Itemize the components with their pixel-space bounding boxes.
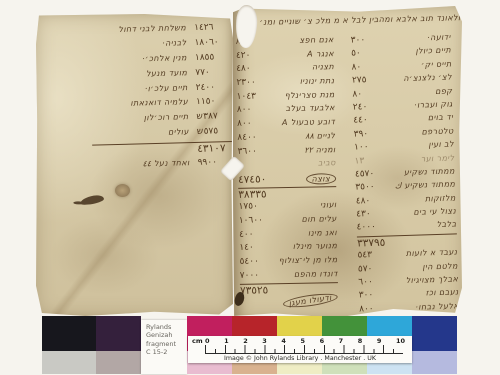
entry-number: ٤٠٠٠: [356, 222, 376, 233]
entry-word: לניים ٨٨: [305, 131, 335, 141]
entry-number: ٣٨٧ש: [196, 111, 233, 122]
entry-word: קפם: [435, 86, 452, 96]
entry-number: ٥٠: [351, 49, 361, 59]
entry-word: עלים תום: [302, 214, 337, 224]
entry-word: עלמיה דואנאתו: [130, 98, 188, 109]
entry-word: יד בוים: [428, 113, 454, 123]
entry-number: ٤٧٤٥٠: [238, 173, 266, 185]
ruler-card: cm 012345678910 Image © John Rylands Lib…: [188, 336, 412, 363]
entry-number: ٢٤٠: [353, 102, 368, 112]
entry-word: דובע טבעול A: [282, 117, 335, 127]
entry-word: מועד מנעל: [146, 68, 188, 78]
entry-number: ٨٠: [352, 89, 362, 99]
ruler-number: 0: [205, 337, 210, 345]
entry-word: לצ׳ נלצנצ׳ה: [403, 73, 452, 84]
manuscript-left-leaf: משלחת לבני דחול ١٤٢٦ לבניה· ١٨٠٦٠ מנין א…: [36, 14, 233, 316]
entry-number: ١١٥٠: [196, 96, 233, 107]
entry-word: דונדו מהפם: [294, 269, 338, 279]
header-line: פُ ולאונד תוב אלבא ומהבין לבל א מ מלכ צ׳…: [249, 13, 458, 27]
entry-word: מלו מן לי־צולוף: [279, 255, 338, 265]
ruler-number: 9: [377, 337, 382, 345]
ruler-numbers-row: cm 012345678910: [188, 337, 412, 345]
entry-number: ٨٠٠: [359, 304, 374, 314]
entry-word: גוק ועברו·: [414, 99, 453, 109]
entry-number: ٣٥٠٠: [355, 182, 375, 193]
entry-number: ١٤٢٦: [194, 22, 231, 33]
entry-word: אנגר A: [307, 49, 334, 58]
entry-word: עולים: [168, 127, 189, 137]
entry-word: ואחד נעל ٤٤: [142, 158, 189, 168]
entry-word: לב ועין: [428, 140, 454, 150]
entry-number: ٣٠٠: [359, 290, 374, 300]
entry-word: תיים כיולן: [415, 46, 451, 56]
entry-number: ٥٤٣: [357, 250, 372, 260]
entry-word: בלבל: [436, 220, 456, 230]
ruler-number: 7: [339, 337, 344, 345]
entry-number: ٤٣٠: [356, 209, 371, 219]
entry-word: נעבד א לועות: [406, 248, 458, 259]
entry-number: ١٠٠: [354, 142, 369, 152]
entry-number: ٣٠٠: [351, 35, 366, 45]
entry-word: נתת ינוניו: [300, 76, 335, 86]
entry-word: ואנ מינו: [308, 228, 337, 238]
entry-number: ٧٧٠: [195, 67, 232, 78]
entry-number: ٥٧٥ש: [197, 126, 234, 137]
entry-number: ٤٥٧٠: [355, 169, 375, 180]
entry-number: ٣٣٧٩٥: [357, 237, 386, 250]
ink-blot: [79, 194, 104, 206]
color-patch: [96, 316, 141, 374]
entry-word: אבלך מצויגיול: [406, 274, 459, 285]
ruler-ticks: [205, 345, 403, 354]
entry-number: ٤٣١٠٧: [197, 142, 234, 155]
calibration-patches-left: [42, 316, 141, 374]
entry-word: אלבעד בעלב: [286, 104, 335, 114]
entry-number: ١٠٤٣: [237, 91, 257, 101]
color-patch: [412, 316, 457, 374]
copyright-credit: Image © John Rylands Library . Mancheste…: [188, 355, 412, 362]
ruler-number: 8: [358, 337, 363, 345]
header-text: ולאונד תוב אלבא ומהבין לבל א מ מלכ צ׳ שו…: [259, 13, 460, 27]
entry-number: ١٧٥٠: [238, 202, 258, 212]
right-page-outer-column: ٣٠٠ ידועה· ٥٠ תיים כיולן ٨٠ תייס יק׳ ٢٧٥…: [351, 32, 460, 317]
entry-number: ٢٤٠٠: [196, 82, 233, 93]
label-line: fragment: [146, 340, 185, 348]
entry-number: ١٤٠: [239, 243, 254, 253]
entry-word: ועוני: [320, 200, 337, 209]
entry-number: ٤٢٠: [236, 50, 251, 60]
entry-word: ממתוד נשקיע: [404, 166, 455, 177]
entry-number: ٤٨٠: [236, 64, 251, 74]
entry-number: ٢٧٥: [352, 75, 367, 85]
reference-label-card: RylandsGenizahfragmentC 15-2: [141, 320, 187, 374]
entry-number: ٨٠٠: [237, 119, 252, 129]
photograph: משלחת לבני דחול ١٤٢٦ לבניה· ١٨٠٦٠ מנין א…: [0, 0, 500, 375]
stain-spot: [115, 184, 130, 197]
ruler-number: 6: [320, 337, 325, 345]
manuscript-right-leaf: פُ ולאונד תוב אלבא ומהבין לבל א מ מלכ צ׳…: [233, 6, 462, 319]
entry-number: ١٨٥٥: [195, 52, 232, 63]
entry-number: ٨٠: [351, 62, 361, 72]
color-calibration-bar: RylandsGenizahfragmentC 15-2 cm 01234567…: [42, 316, 457, 374]
entry-number: ٨٤٠٠: [237, 132, 257, 142]
entry-word: אנם חפצ: [299, 35, 333, 45]
entry-word: מנת סצרינלף: [285, 90, 335, 100]
entry-word: משלחת לבני דחול: [118, 23, 186, 34]
entry-word: מלזוקות: [425, 193, 456, 203]
ruler-number: 3: [262, 337, 267, 345]
account-entry-row: סביב: [238, 158, 336, 173]
ruler-number: 2: [243, 337, 248, 345]
entry-number: ١٨٠٦٠: [194, 37, 231, 48]
entry-number: ١٠٦٠٠: [239, 215, 263, 225]
entry-word: נצול עי בים: [413, 206, 456, 216]
entry-word: תיים עלכ׳ו·: [145, 83, 188, 93]
entry-word: סביב: [318, 158, 336, 167]
ruler-marks: 012345678910: [205, 337, 405, 345]
label-line: Rylands: [146, 323, 185, 331]
entry-number: ٢٣٠٠: [236, 78, 256, 88]
entry-number: ٣٩٠: [354, 129, 369, 139]
entry-word: מנין אלחכ׳·: [142, 53, 187, 63]
entry-word: ומניה ٢٢: [304, 145, 336, 155]
entry-number: ٤٤٠: [353, 115, 368, 125]
entry-number: ٧٠٠٠: [240, 270, 260, 280]
ruler-number: 10: [396, 337, 405, 345]
ruler-unit-label: cm: [192, 337, 205, 345]
entry-word: תיים רוכ׳לון: [144, 112, 189, 122]
entry-number: ٣٦٠٠: [238, 146, 258, 156]
right-page-inner-column: ٨٠٠ אנם חפצ ٤٢٠ אנגר A ٤٨٠ תצניה ٢٣٠٠ נת…: [236, 35, 339, 312]
ruler-number: 4: [281, 337, 286, 345]
label-line: Genizah: [146, 331, 185, 339]
entry-word: ממתוד נשקיע ك: [395, 180, 456, 191]
entry-word: לבניה·: [162, 38, 187, 48]
entry-number: ٤٠٠: [239, 229, 254, 239]
ruler-number: 1: [224, 337, 229, 345]
entry-number: ٥٧٠: [358, 264, 373, 274]
entry-number: ٥٤٠٠: [239, 257, 259, 267]
entry-word: אלעל נבחו·: [415, 301, 459, 311]
color-patch: [42, 316, 96, 374]
entry-number: ١٣: [354, 156, 364, 166]
entry-word: מנוער מינלו: [293, 241, 338, 251]
entry-word: לימר וער: [421, 153, 455, 163]
entry-word: נעבם וכז: [426, 288, 459, 298]
entry-word: טלטרפם: [421, 126, 453, 136]
entry-word: מלטם הין: [422, 261, 458, 271]
left-page-account-column: משלחת לבני דחול ١٤٢٦ לבניה· ١٨٠٦٠ מנין א…: [89, 22, 235, 176]
entry-number: ٤٨٠: [356, 196, 371, 206]
entry-word: ידועה·: [427, 32, 451, 42]
entry-word: צוצה: [305, 173, 336, 185]
entry-word: תצניה: [312, 63, 334, 72]
ruler-number: 5: [300, 337, 305, 345]
entry-number: ٨٠٠: [237, 105, 252, 115]
entry-number: ٦٠٠: [358, 277, 373, 287]
label-line: C 15-2: [146, 348, 185, 356]
entry-number: ٣٨٣٣٥: [238, 188, 266, 200]
account-entry-row: ואחד נעל ٤٤ ٩٩٠٠: [93, 157, 235, 176]
entry-word: תייס יק׳: [421, 59, 452, 69]
